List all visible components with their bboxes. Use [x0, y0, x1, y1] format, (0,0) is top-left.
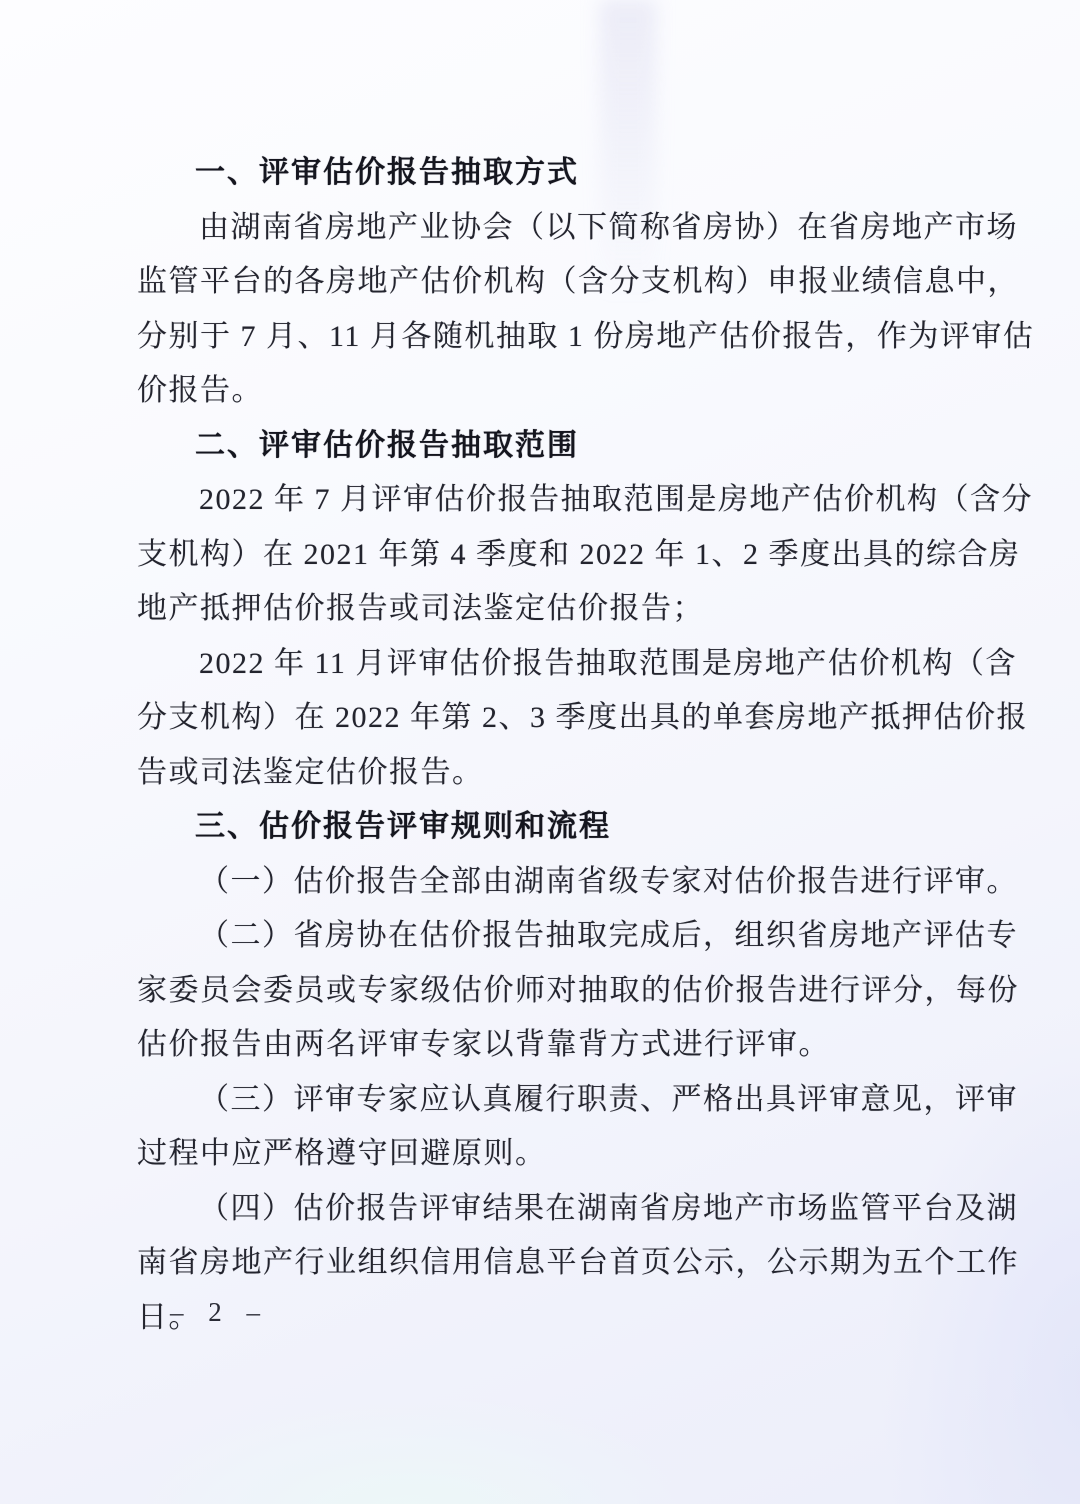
section-1-heading: 一、评审估价报告抽取方式: [137, 146, 943, 201]
text-line: （四）估价报告评审结果在湖南省房地产市场监管平台及湖: [137, 1182, 943, 1237]
text-line: （一）估价报告全部由湖南省级专家对估价报告进行评审。: [137, 855, 943, 910]
text-line: 地产抵押估价报告或司法鉴定估价报告；: [137, 582, 943, 637]
document-body: 一、评审估价报告抽取方式 由湖南省房地产业协会（以下简称省房协）在省房地产市场 …: [137, 146, 943, 1345]
text-line: （三）评审专家应认真履行职责、严格出具评审意见，评审: [137, 1073, 943, 1128]
section-2-paragraph-2: 2022 年 11 月评审估价报告抽取范围是房地产估价机构（含 分支机构）在 2…: [137, 637, 943, 801]
section-3-paragraph-2: （二）省房协在估价报告抽取完成后，组织省房地产评估专 家委员会委员或专家级估价师…: [137, 909, 943, 1073]
scanned-document-page: 一、评审估价报告抽取方式 由湖南省房地产业协会（以下简称省房协）在省房地产市场 …: [0, 0, 1080, 1504]
section-3-paragraph-3: （三）评审专家应认真履行职责、严格出具评审意见，评审 过程中应严格遵守回避原则。: [137, 1073, 943, 1182]
text-line: 分支机构）在 2022 年第 2、3 季度出具的单套房地产抵押估价报: [137, 691, 943, 746]
text-line: 支机构）在 2021 年第 4 季度和 2022 年 1、2 季度出具的综合房: [137, 528, 943, 583]
text-line: 告或司法鉴定估价报告。: [137, 746, 943, 801]
text-line: 监管平台的各房地产估价机构（含分支机构）申报业绩信息中，: [137, 255, 943, 310]
text-line: 2022 年 7 月评审估价报告抽取范围是房地产估价机构（含分: [137, 473, 943, 528]
text-line: 南省房地产行业组织信用信息平台首页公示，公示期为五个工作: [137, 1236, 943, 1291]
text-line: 价报告。: [137, 364, 943, 419]
page-number: – 2 –: [170, 1297, 269, 1328]
section-3-paragraph-1: （一）估价报告全部由湖南省级专家对估价报告进行评审。: [137, 855, 943, 910]
text-line: 过程中应严格遵守回避原则。: [137, 1127, 943, 1182]
text-line: 家委员会委员或专家级估价师对抽取的估价报告进行评分，每份: [137, 964, 943, 1019]
section-1-paragraph-1: 由湖南省房地产业协会（以下简称省房协）在省房地产市场 监管平台的各房地产估价机构…: [137, 201, 943, 419]
section-3-heading: 三、估价报告评审规则和流程: [137, 800, 943, 855]
section-2-paragraph-1: 2022 年 7 月评审估价报告抽取范围是房地产估价机构（含分 支机构）在 20…: [137, 473, 943, 637]
text-line: 由湖南省房地产业协会（以下简称省房协）在省房地产市场: [137, 201, 943, 256]
text-line: 2022 年 11 月评审估价报告抽取范围是房地产估价机构（含: [137, 637, 943, 692]
section-2-heading: 二、评审估价报告抽取范围: [137, 419, 943, 474]
text-line: 估价报告由两名评审专家以背靠背方式进行评审。: [137, 1018, 943, 1073]
text-line: （二）省房协在估价报告抽取完成后，组织省房地产评估专: [137, 909, 943, 964]
text-line: 分别于 7 月、11 月各随机抽取 1 份房地产估价报告，作为评审估: [137, 310, 943, 365]
